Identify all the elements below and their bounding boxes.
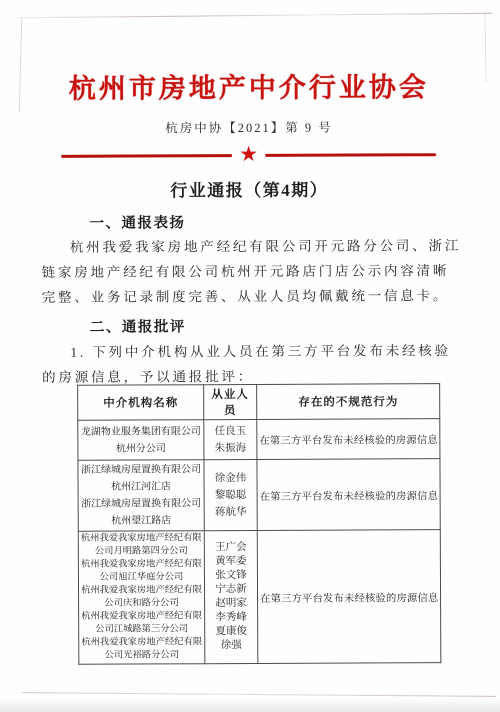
company-line: 杭州我爱我家房地产经纪有限: [81, 610, 202, 624]
person-name: 徐金伟: [206, 469, 254, 486]
company-line: 杭州我爱我家房地产经纪有限: [81, 558, 202, 572]
company-line: 杭州望江路店: [81, 512, 202, 530]
company-line: 公司光裕路分公司: [81, 649, 202, 663]
notice-title: 行业通报（第4期）: [0, 175, 499, 202]
person-name: 王广会: [207, 541, 255, 555]
behavior-cell: 在第三方平台发布未经核验的房源信息: [257, 459, 441, 531]
company-line: 杭州我爱我家房地产经纪有限: [81, 584, 202, 598]
section1-paragraph: 杭州我爱我家房地产经纪有限公司开元路分公司、浙江链家房地产经纪有限公司杭州开元路…: [41, 233, 461, 310]
criticism-table: 中介机构名称 从业人员 存在的不规范行为 龙湖物业服务集团有限公司杭州分公司任良…: [77, 383, 442, 665]
company-line: 杭州分公司: [80, 440, 201, 458]
paragraph-line: 完整、业务记录制度完善、从业人员均佩戴统一信息卡。: [42, 283, 462, 310]
company-line: 杭州江河汇店: [81, 478, 202, 496]
table-row: 浙江绿城房屋置换有限公司杭州江河汇店浙江绿城房屋置换有限公司杭州望江路店徐金伟黎…: [78, 459, 441, 532]
person-name: 蒋航华: [207, 503, 255, 520]
header-rule-left: [61, 154, 232, 158]
paragraph-line: 杭州我爱我家房地产经纪有限公司开元路分公司、浙江: [41, 233, 461, 260]
person-name: 徐强: [207, 639, 255, 653]
person-name: 宁志新: [207, 583, 255, 597]
header-rule: ★: [61, 143, 436, 167]
behavior-text: 在第三方平台发布未经核验的房源信息: [259, 431, 438, 447]
section2-heading: 二、通报批评: [90, 315, 186, 336]
person-name: 夏康俊: [207, 625, 255, 639]
star-icon: ★: [232, 143, 265, 164]
company-cell: 龙湖物业服务集团有限公司杭州分公司: [78, 420, 204, 461]
org-name-title: 杭州市房地产中介行业协会: [0, 65, 499, 106]
document-content: 杭州市房地产中介行业协会 杭房中协【2021】第 9 号 ★ 行业通报（第4期）…: [0, 0, 500, 712]
person-name: 黄军委: [207, 555, 255, 569]
table-row: 龙湖物业服务集团有限公司杭州分公司任良玉朱振海在第三方平台发布未经核验的房源信息: [78, 419, 441, 461]
behavior-text: 在第三方平台发布未经核验的房源信息: [260, 589, 439, 605]
company-cell: 浙江绿城房屋置换有限公司杭州江河汇店浙江绿城房屋置换有限公司杭州望江路店: [78, 460, 204, 532]
company-line: 浙江绿城房屋置换有限公司: [81, 495, 202, 513]
scanned-document-page: 杭州市房地产中介行业协会 杭房中协【2021】第 9 号 ★ 行业通报（第4期）…: [0, 0, 500, 712]
behavior-text: 在第三方平台发布未经核验的房源信息: [260, 487, 439, 503]
person-name: 赵明家: [207, 597, 255, 611]
paragraph-line: 1. 下列中介机构从业人员在第三方平台发布未经核验: [42, 338, 462, 365]
person-name: 任良玉: [206, 422, 254, 439]
header-cell-company: 中介机构名称: [78, 385, 204, 421]
people-cell: 徐金伟黎聪聪蒋航华: [204, 459, 257, 530]
company-line: 公司江城路第三分公司: [81, 623, 202, 637]
behavior-cell: 在第三方平台发布未经核验的房源信息: [257, 530, 441, 664]
company-line: 公司月明路第四分公司: [81, 545, 202, 559]
company-line: 杭州我爱我家房地产经纪有限: [81, 532, 202, 546]
section1-heading: 一、通报表扬: [89, 211, 185, 232]
person-name: 李秀峰: [207, 611, 255, 625]
person-name: 朱振海: [206, 439, 254, 456]
header-rule-right: [265, 153, 436, 157]
people-cell: 王广会黄军委张文锋宁志新赵明家李秀峰夏康俊徐强: [204, 530, 258, 663]
doc-number: 杭房中协【2021】第 9 号: [0, 117, 499, 137]
paragraph-line: 链家房地产经纪有限公司杭州开元路店门店公示内容清晰: [42, 258, 462, 285]
company-line: 浙江绿城房屋置换有限公司: [80, 461, 201, 479]
company-cell: 杭州我爱我家房地产经纪有限公司月明路第四分公司杭州我爱我家房地产经纪有限公司旭江…: [78, 531, 205, 665]
section2-paragraph: 1. 下列中介机构从业人员在第三方平台发布未经核验的房源信息，予以通报批评：: [42, 338, 462, 390]
company-line: 公司庆和路分公司: [81, 597, 202, 611]
company-line: 公司旭江华庭分公司: [81, 571, 202, 585]
header-cell-people: 从业人员: [204, 384, 257, 419]
company-line: 龙湖物业服务集团有限公司: [80, 423, 201, 441]
person-name: 黎聪聪: [207, 486, 255, 503]
company-line: 杭州我爱我家房地产经纪有限: [81, 636, 202, 650]
table-header-row: 中介机构名称 从业人员 存在的不规范行为: [78, 384, 441, 421]
behavior-cell: 在第三方平台发布未经核验的房源信息: [257, 419, 441, 460]
table-row: 杭州我爱我家房地产经纪有限公司月明路第四分公司杭州我爱我家房地产经纪有限公司旭江…: [78, 530, 441, 665]
person-name: 张文锋: [207, 569, 255, 583]
people-cell: 任良玉朱振海: [204, 419, 257, 459]
header-cell-behavior: 存在的不规范行为: [257, 384, 441, 420]
